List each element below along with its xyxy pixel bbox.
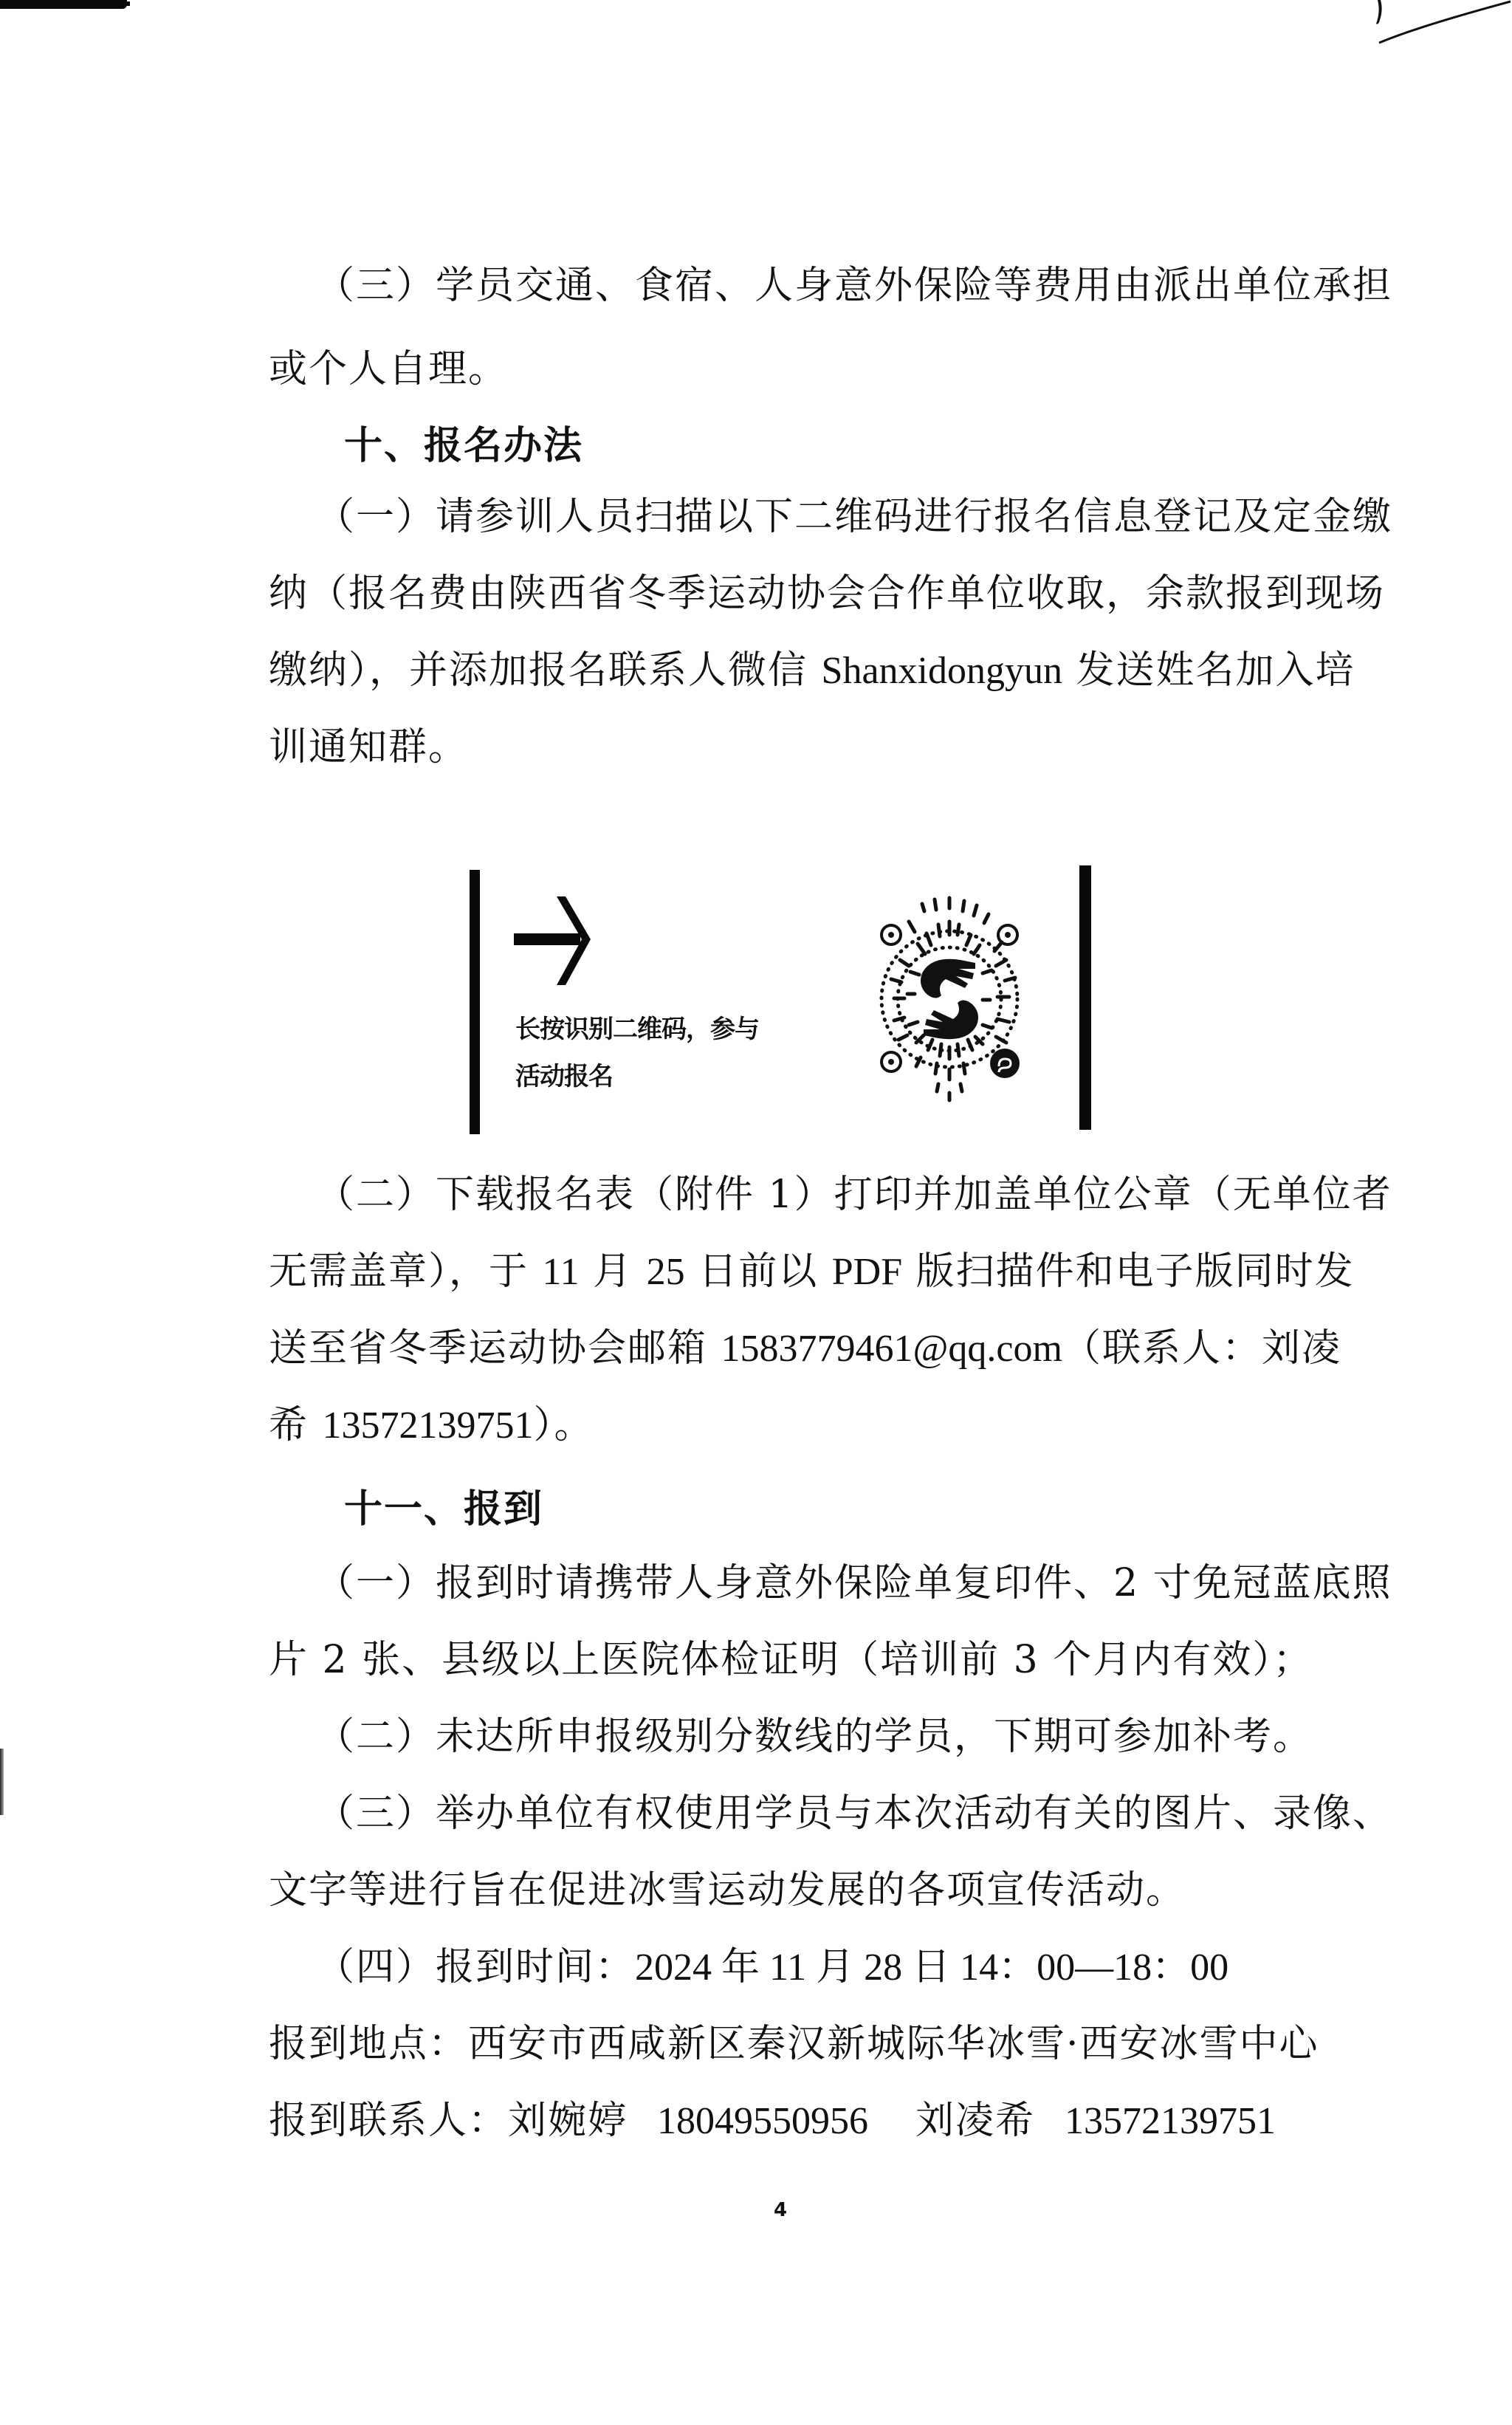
- paragraph-fees-line1: （三）学员交通、食宿、人身意外保险等费用由派出单位承担: [316, 262, 1392, 309]
- text-segment: 缴纳），并添加报名联系人微信: [269, 648, 822, 693]
- text-segment: 送至省冬季运动协会邮箱: [269, 1326, 721, 1371]
- text-segment: ）。: [534, 1403, 594, 1447]
- panel-border-right: [1079, 865, 1091, 1130]
- paragraph-form-line1: （二）下载报名表（附件 1）打印并加盖单位公章（无单位者: [316, 1171, 1392, 1218]
- qr-caption-line2: 活动报名: [515, 1062, 613, 1091]
- text-segment: 无需盖章），于: [269, 1249, 543, 1294]
- paragraph-form-line2: 无需盖章），于 11 月 25 日前以 PDF 版扫描件和电子版同时发: [269, 1248, 1355, 1296]
- deadline-day: 25: [647, 1251, 685, 1293]
- text-segment: 月: [580, 1249, 647, 1294]
- contact-phone: 13572139751: [1065, 2100, 1276, 2142]
- checkin-location: 报到地点：西安市西咸新区秦汉新城际华冰雪·西安冰雪中心: [269, 2020, 1319, 2068]
- wechat-id: Shanxidongyun: [822, 650, 1062, 692]
- checkin-time: （四）报到时间：2024 年 11 月 28 日 14：00—18：00: [316, 1944, 1228, 1992]
- qr-registration-panel: 长按识别二维码，参与 活动报名: [470, 865, 1091, 1134]
- paragraph-form-line4: 希 13572139751）。: [269, 1402, 594, 1450]
- checkin-time-value: 2024 年 11 月 28 日 14：00—18：00: [635, 1946, 1228, 1989]
- text-segment: （联系人：刘凌: [1062, 1326, 1341, 1371]
- checkin-location-label: 报到地点：: [269, 2022, 468, 2066]
- checkin-contacts-label: 报到联系人：: [269, 2099, 508, 2143]
- paragraph-fees-line2: 或个人自理。: [269, 346, 508, 393]
- paragraph-checkin-item2: （二）未达所申报级别分数线的学员，下期可参加补考。: [316, 1713, 1313, 1760]
- right-arrow-icon: [514, 896, 595, 985]
- paragraph-registration-line4: 训通知群。: [269, 724, 468, 771]
- email-link[interactable]: 1583779461@qq.com: [721, 1328, 1062, 1370]
- paragraph-checkin-item3-line2: 文字等进行旨在促进冰雪运动发展的各项宣传活动。: [269, 1867, 1186, 1914]
- paragraph-registration-line3: 缴纳），并添加报名联系人微信 Shanxidongyun 发送姓名加入培: [269, 647, 1355, 695]
- paragraph-checkin-item3-line1: （三）举办单位有权使用学员与本次活动有关的图片、录像、: [316, 1790, 1392, 1837]
- file-format: PDF: [832, 1251, 902, 1293]
- panel-border-left: [470, 870, 480, 1134]
- text-segment: 发送姓名加入培: [1062, 648, 1355, 693]
- text-segment: 日前以: [685, 1249, 832, 1294]
- checkin-contacts: 报到联系人：刘婉婷18049550956刘凌希13572139751: [269, 2097, 1276, 2145]
- checkin-location-value: 西安市西咸新区秦汉新城际华冰雪·西安冰雪中心: [468, 2022, 1319, 2066]
- mini-program-qr-code-icon[interactable]: [865, 892, 1034, 1106]
- paragraph-registration-line2: 纳（报名费由陕西省冬季运动协会合作单位收取，余款报到现场: [269, 570, 1385, 617]
- contact-phone: 18049550956: [657, 2100, 868, 2142]
- page-number: 4: [774, 2199, 787, 2221]
- scan-edge-mark: [0, 1749, 4, 1815]
- scan-ink-mark-top-left: [0, 0, 127, 9]
- deadline-month: 11: [543, 1251, 580, 1293]
- contact-name: 刘婉婷: [508, 2099, 628, 2143]
- checkin-time-label: （四）报到时间：: [316, 1945, 635, 1989]
- paragraph-checkin-item1-line2: 片 2 张、县级以上医院体检证明（培训前 3 个月内有效）；: [269, 1636, 1313, 1684]
- contact-name: 刘凌希: [915, 2099, 1035, 2143]
- signature-stroke-icon: [1373, 0, 1512, 47]
- paragraph-checkin-item1-line1: （一）报到时请携带人身意外保险单复印件、2 寸免冠蓝底照: [316, 1560, 1392, 1607]
- document-page: （三）学员交通、食宿、人身意外保险等费用由派出单位承担 或个人自理。 十、报名办…: [0, 0, 1512, 2425]
- text-segment: 版扫描件和电子版同时发: [902, 1249, 1355, 1294]
- paragraph-form-line3: 送至省冬季运动协会邮箱 1583779461@qq.com（联系人：刘凌: [269, 1325, 1341, 1373]
- section-heading-checkin: 十一、报到: [344, 1486, 543, 1533]
- paragraph-registration-line1: （一）请参训人员扫描以下二维码进行报名信息登记及定金缴: [316, 493, 1392, 541]
- section-heading-registration: 十、报名办法: [344, 422, 583, 470]
- text-segment: 希: [269, 1403, 323, 1447]
- contact-phone: 13572139751: [323, 1404, 534, 1447]
- qr-caption-line1: 长按识别二维码，参与: [515, 1015, 759, 1044]
